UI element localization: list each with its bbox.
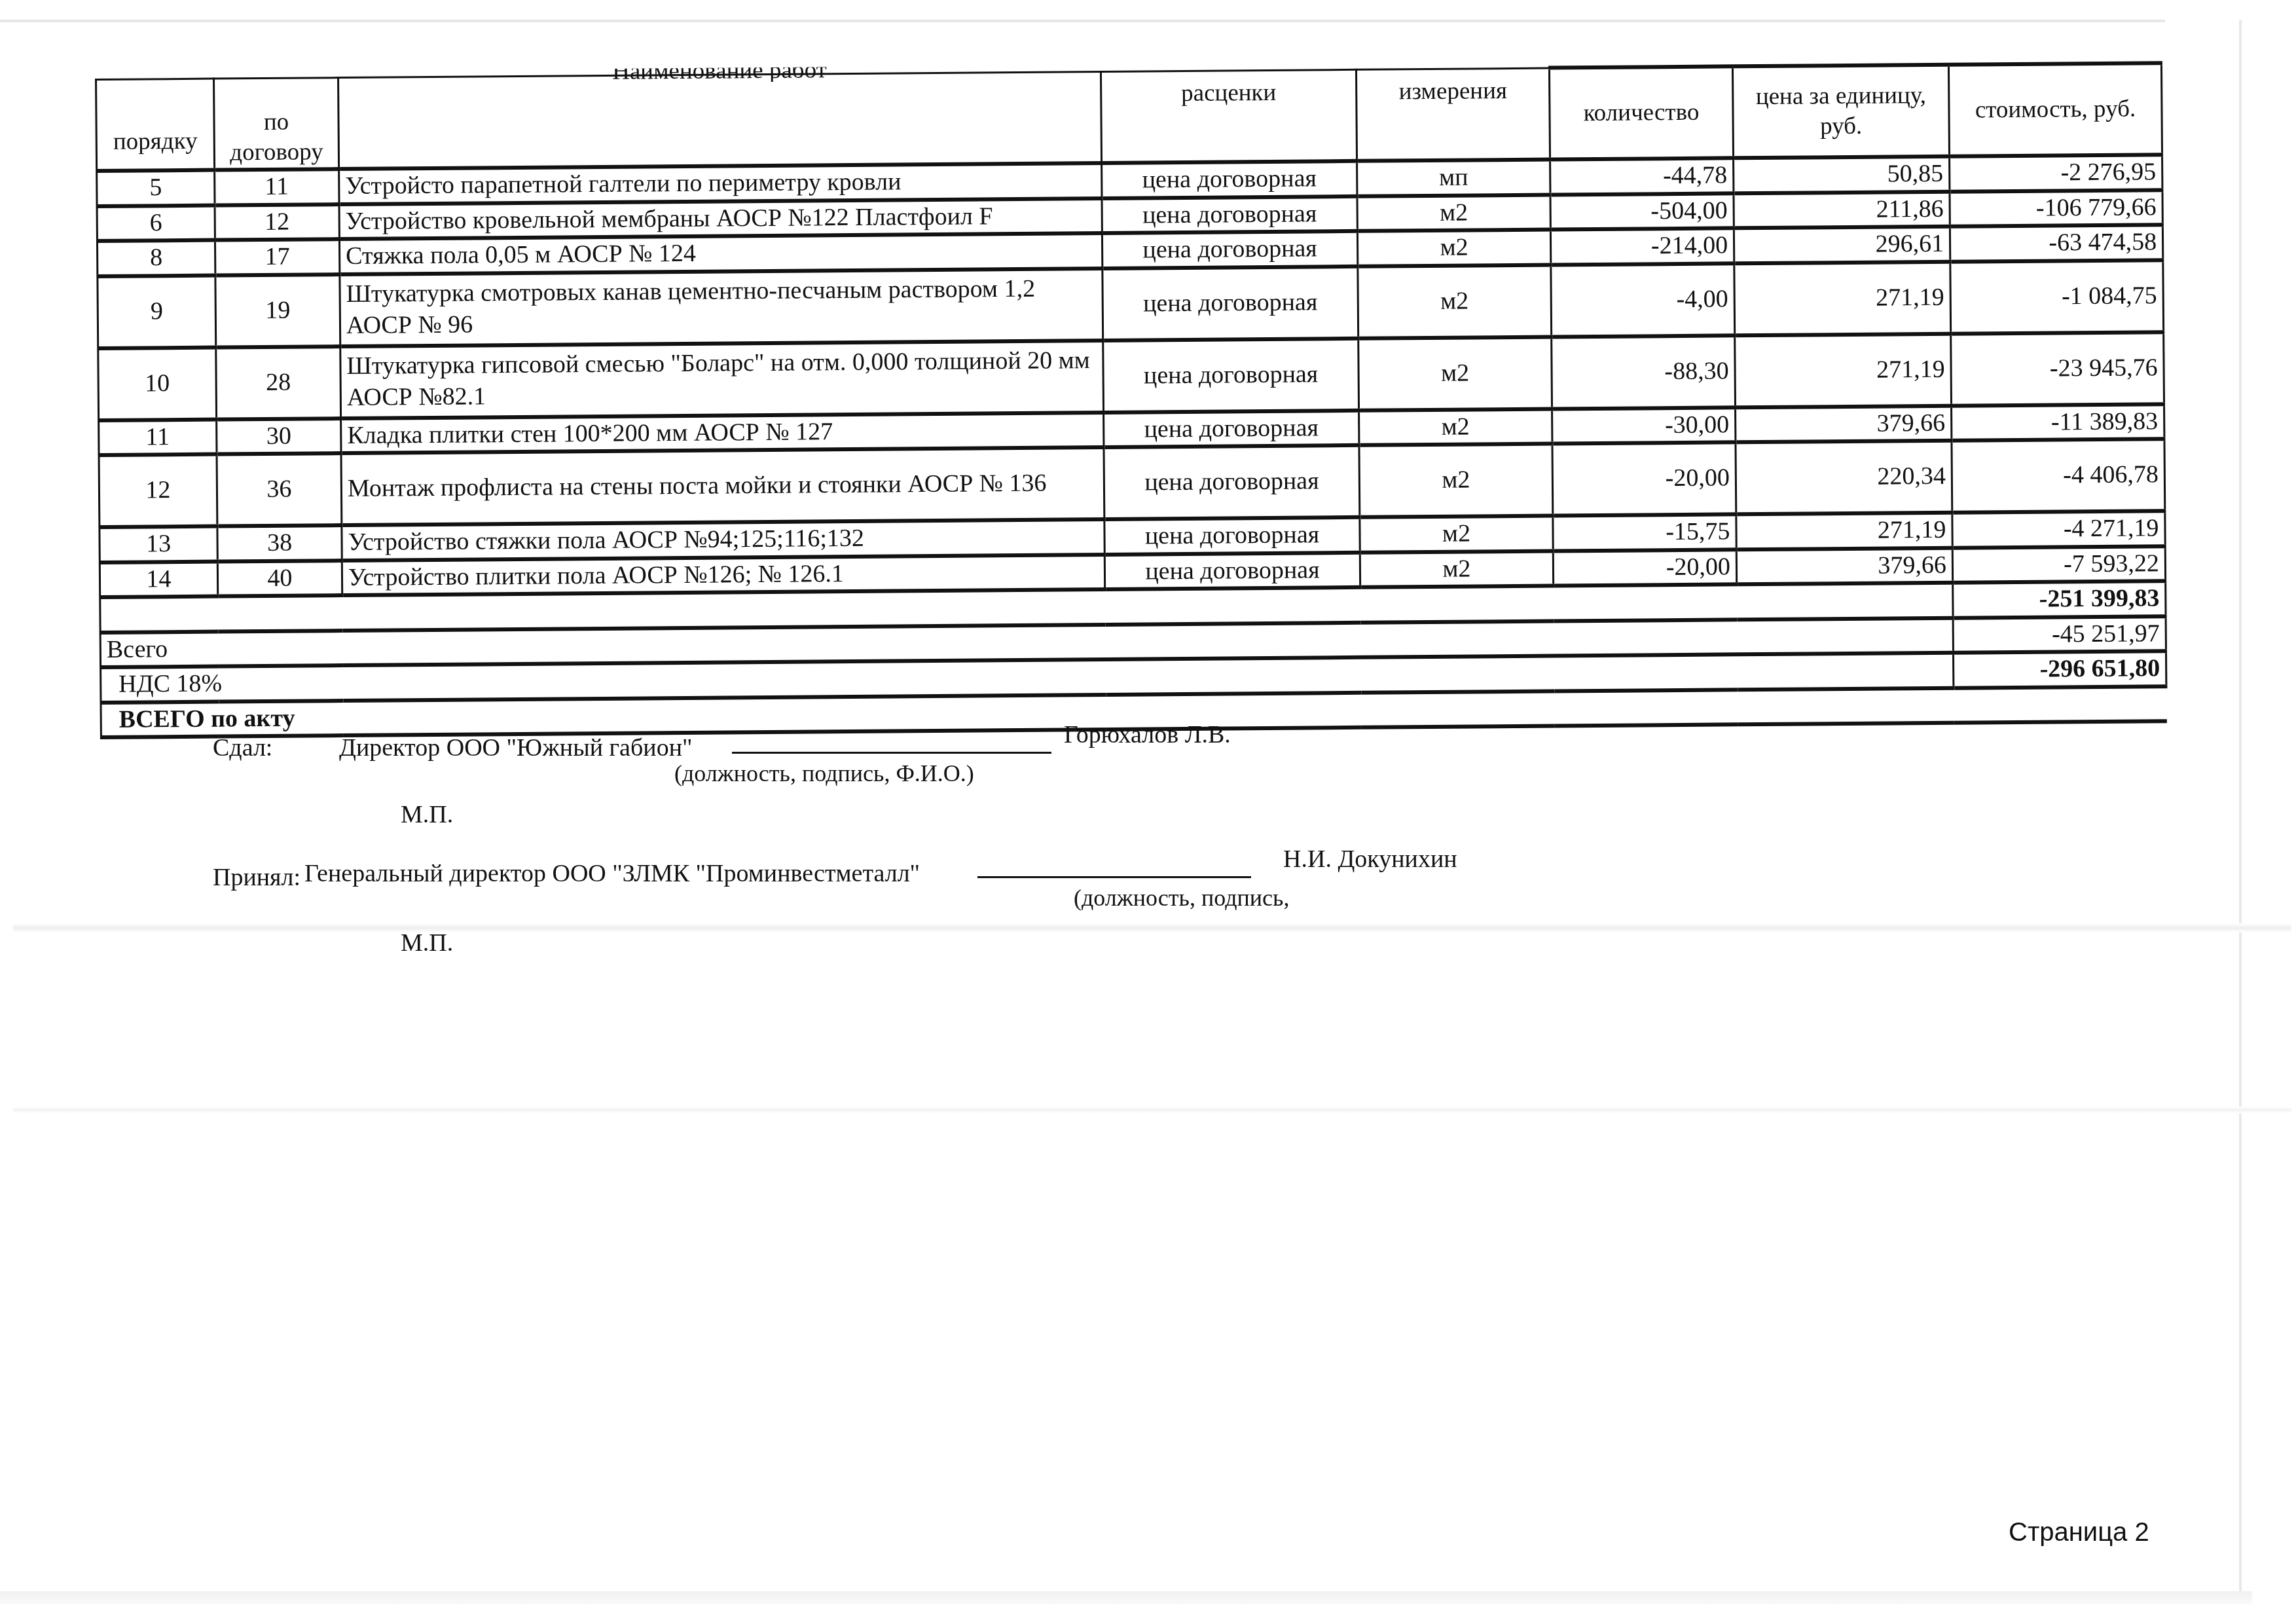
row-quantity: -4,00 [1551, 263, 1735, 337]
row-contract-number: 12 [215, 204, 339, 240]
row-rate: цена договорная [1103, 338, 1359, 412]
row-order-number: 12 [99, 454, 217, 527]
accepted-signature-line [977, 871, 1251, 878]
row-order-number: 5 [97, 170, 215, 206]
row-rate: цена договорная [1104, 552, 1360, 589]
row-unit: м2 [1357, 230, 1550, 267]
total-value: -45 251,97 [1953, 616, 2166, 653]
col-header-rate: расценки [1101, 69, 1357, 163]
row-work-name: Устройсто парапетной галтели по периметр… [339, 163, 1102, 204]
handed-hint: (должность, подпись, Ф.И.О.) [674, 760, 974, 787]
col-header-unit: измерения [1356, 68, 1550, 161]
scan-fold-shadow [13, 1107, 2291, 1113]
row-unit: м2 [1357, 194, 1550, 231]
row-order-number: 11 [99, 419, 217, 455]
row-order-number: 6 [97, 205, 215, 241]
row-rate: цена договорная [1102, 231, 1357, 268]
row-quantity: -15,75 [1553, 514, 1736, 551]
row-unit-price: 50,85 [1734, 157, 1950, 193]
sum-value: -251 399,83 [1953, 581, 2166, 618]
col-header-quantity: количество [1549, 66, 1733, 159]
act-table-wrapper: порядку по договору Наименование работ р… [95, 61, 2166, 739]
row-quantity: -504,00 [1550, 193, 1734, 230]
row-cost: -11 389,83 [1952, 404, 2164, 441]
row-quantity: -88,30 [1552, 335, 1736, 409]
row-cost: -2 276,95 [1950, 155, 2162, 191]
row-work-name: Кладка плитки стен 100*200 мм АОСР № 127 [341, 412, 1104, 453]
row-work-name: Штукатурка смотровых канав цементно-песч… [340, 268, 1103, 346]
handed-signature-line [732, 747, 1051, 754]
row-work-name: Штукатурка гипсовой смесью "Боларс" на о… [340, 340, 1104, 418]
row-order-number: 14 [100, 561, 217, 597]
col-header-work-name: Наименование работ [338, 71, 1102, 169]
row-contract-number: 28 [216, 346, 341, 419]
totals-body: -251 399,83 Всего -45 251,97 НДС 18% -29… [100, 581, 2167, 737]
col-header-order: порядку [96, 79, 215, 171]
row-rate: цена договорная [1102, 196, 1357, 233]
row-quantity: -20,00 [1552, 442, 1736, 515]
row-quantity: -20,00 [1553, 549, 1736, 586]
row-work-name: Устройство кровельной мембраны АОСР №122… [339, 198, 1102, 239]
row-contract-number: 38 [217, 525, 342, 561]
row-unit: м2 [1360, 516, 1553, 553]
row-cost: -106 779,66 [1950, 190, 2162, 227]
row-unit-price: 379,66 [1736, 547, 1952, 584]
handed-label: Сдал: [213, 733, 272, 762]
handed-stamp-label: М.П. [401, 800, 453, 829]
table-body: 511Устройсто парапетной галтели по перим… [97, 155, 2166, 597]
scanned-page: порядку по договору Наименование работ р… [0, 0, 2296, 1624]
row-unit-price: 296,61 [1734, 227, 1950, 263]
row-quantity: -44,78 [1550, 158, 1734, 194]
row-rate: цена договорная [1102, 161, 1357, 198]
row-contract-number: 11 [215, 169, 339, 205]
accepted-name: Н.И. Докунихин [1283, 845, 1457, 874]
row-contract-number: 36 [217, 453, 342, 526]
row-rate: цена договорная [1104, 410, 1359, 447]
row-unit-price: 271,19 [1734, 261, 1951, 335]
row-unit-price: 220,34 [1736, 441, 1952, 515]
row-cost: -7 593,22 [1952, 546, 2165, 583]
row-unit-price: 271,19 [1735, 333, 1952, 407]
scan-edge [0, 1591, 2252, 1604]
row-order-number: 10 [98, 347, 217, 420]
work-name-header-text: Наименование работ [344, 65, 1095, 85]
row-contract-number: 19 [215, 274, 340, 347]
row-contract-number: 17 [215, 239, 339, 275]
row-rate: цена договорная [1104, 517, 1360, 555]
page-number: Страница 2 [2009, 1518, 2149, 1547]
row-cost: -63 474,58 [1950, 225, 2162, 261]
accepted-hint: (должность, подпись, [1074, 884, 1289, 912]
row-work-name: Стяжка пола 0,05 м АОСР № 124 [339, 233, 1102, 274]
row-unit: м2 [1358, 337, 1552, 410]
row-work-name: Устройство плитки пола АОСР №126; № 126.… [342, 554, 1104, 595]
scan-fold-shadow [13, 923, 2291, 932]
scan-edge [2239, 20, 2242, 1604]
row-cost: -4 271,19 [1952, 511, 2165, 547]
row-unit: м2 [1359, 444, 1553, 517]
row-unit-price: 271,19 [1736, 513, 1952, 549]
row-unit: м2 [1359, 409, 1552, 445]
handed-position: Директор ООО "Южный габион" [339, 733, 692, 762]
col-header-contract: по договору [214, 77, 339, 170]
row-unit-price: 379,66 [1736, 405, 1952, 442]
row-cost: -23 945,76 [1951, 332, 2164, 406]
row-cost: -4 406,78 [1952, 439, 2165, 513]
table-header-row: порядку по договору Наименование работ р… [96, 63, 2162, 171]
scan-edge [0, 20, 2165, 22]
row-quantity: -30,00 [1552, 407, 1736, 444]
row-order-number: 8 [97, 240, 215, 276]
row-work-name: Монтаж профлиста на стены поста мойки и … [341, 447, 1104, 525]
accepted-label: Принял: [213, 863, 301, 892]
row-order-number: 9 [98, 275, 216, 348]
row-unit: мп [1357, 160, 1550, 196]
vat-value: -296 651,80 [1953, 651, 2166, 688]
row-work-name: Устройство стяжки пола АОСР №94;125;116;… [342, 519, 1104, 561]
act-table: порядку по договору Наименование работ р… [95, 61, 2168, 739]
row-cost: -1 084,75 [1950, 260, 2164, 334]
row-unit: м2 [1358, 265, 1552, 338]
handed-name: Горюхалов Л.В. [1064, 720, 1231, 749]
accepted-stamp-label: М.П. [401, 929, 453, 957]
row-order-number: 13 [100, 526, 217, 563]
col-header-cost: стоимость, руб. [1948, 63, 2162, 157]
row-contract-number: 40 [217, 561, 342, 597]
row-rate: цена договорная [1102, 266, 1358, 340]
col-header-unit-price: цена за единицу, руб. [1732, 65, 1949, 158]
accepted-position: Генеральный директор ООО "ЗЛМК "Проминве… [304, 859, 920, 888]
row-contract-number: 30 [217, 418, 341, 454]
row-rate: цена договорная [1104, 445, 1360, 519]
row-quantity: -214,00 [1550, 228, 1734, 265]
row-unit-price: 211,86 [1734, 191, 1950, 228]
row-unit: м2 [1360, 551, 1553, 587]
